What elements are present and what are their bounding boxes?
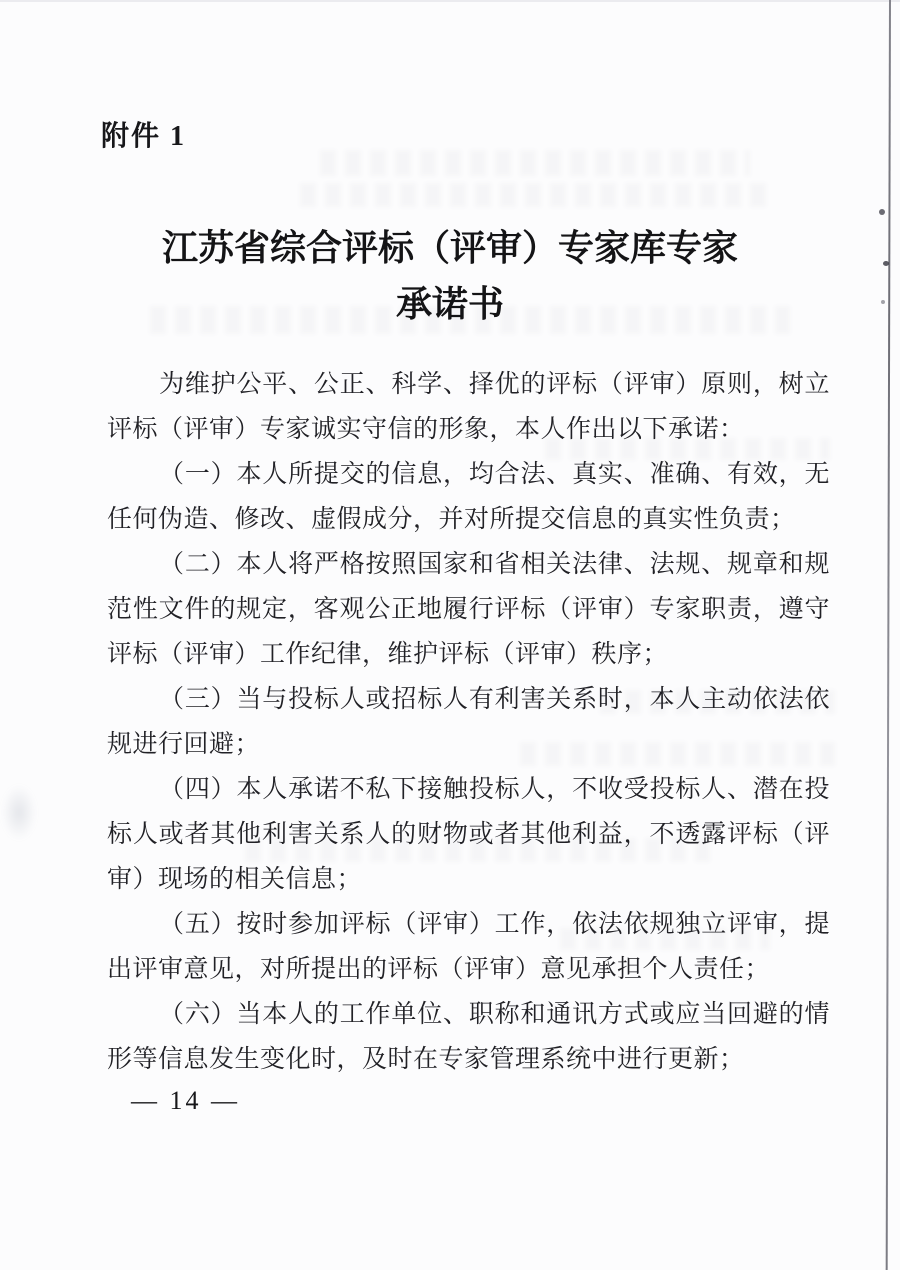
bleed-through-artifact (320, 150, 750, 176)
body-line: （四）本人承诺不私下接触投标人，不收受投标人、潜在投 (107, 767, 830, 812)
body-line: 标人或者其他利害关系人的财物或者其他利益，不透露评标（评 (107, 812, 830, 857)
ink-speck-artifact (879, 209, 885, 215)
scan-top-edge-artifact (0, 0, 900, 2)
body-line: 规进行回避； (107, 722, 830, 767)
document-body: 为维护公平、公正、科学、择优的评标（评审）原则，树立评标（评审）专家诚实守信的形… (107, 362, 830, 1082)
body-line: 任何伪造、修改、虚假成分，并对所提交信息的真实性负责； (107, 497, 830, 542)
bleed-through-artifact (300, 183, 770, 207)
scan-edge-line-artifact (886, 0, 891, 1270)
body-line: 为维护公平、公正、科学、择优的评标（评审）原则，树立 (107, 362, 830, 407)
ink-speck-artifact (881, 300, 885, 304)
body-line: （二）本人将严格按照国家和省相关法律、法规、规章和规 (107, 542, 830, 587)
page-number: — 14 — (131, 1086, 240, 1116)
ink-speck-artifact (883, 261, 889, 266)
attachment-label: 附件 1 (101, 114, 186, 154)
body-line: （一）本人所提交的信息，均合法、真实、准确、有效，无 (107, 452, 830, 497)
smudge-artifact (2, 785, 36, 840)
body-line: 评标（评审）工作纪律，维护评标（评审）秩序； (107, 632, 830, 677)
body-line: （五）按时参加评标（评审）工作，依法依规独立评审，提 (107, 902, 830, 947)
body-line: 形等信息发生变化时，及时在专家管理系统中进行更新； (107, 1037, 830, 1082)
body-line: 范性文件的规定，客观公正地履行评标（评审）专家职责，遵守 (107, 587, 830, 632)
document-title-line-1: 江苏省综合评标（评审）专家库专家 (0, 220, 900, 276)
body-line: （六）当本人的工作单位、职称和通讯方式或应当回避的情 (107, 992, 830, 1037)
body-line: 审）现场的相关信息； (107, 857, 830, 902)
document-title: 江苏省综合评标（评审）专家库专家 承诺书 (0, 220, 900, 332)
body-line: （三）当与投标人或招标人有利害关系时，本人主动依法依 (107, 677, 830, 722)
body-line: 出评审意见，对所提出的评标（评审）意见承担个人责任； (107, 947, 830, 992)
scanned-document-page: 附件 1 江苏省综合评标（评审）专家库专家 承诺书 为维护公平、公正、科学、择优… (0, 0, 900, 1270)
body-line: 评标（评审）专家诚实守信的形象，本人作出以下承诺： (107, 407, 830, 452)
document-title-line-2: 承诺书 (0, 276, 900, 332)
